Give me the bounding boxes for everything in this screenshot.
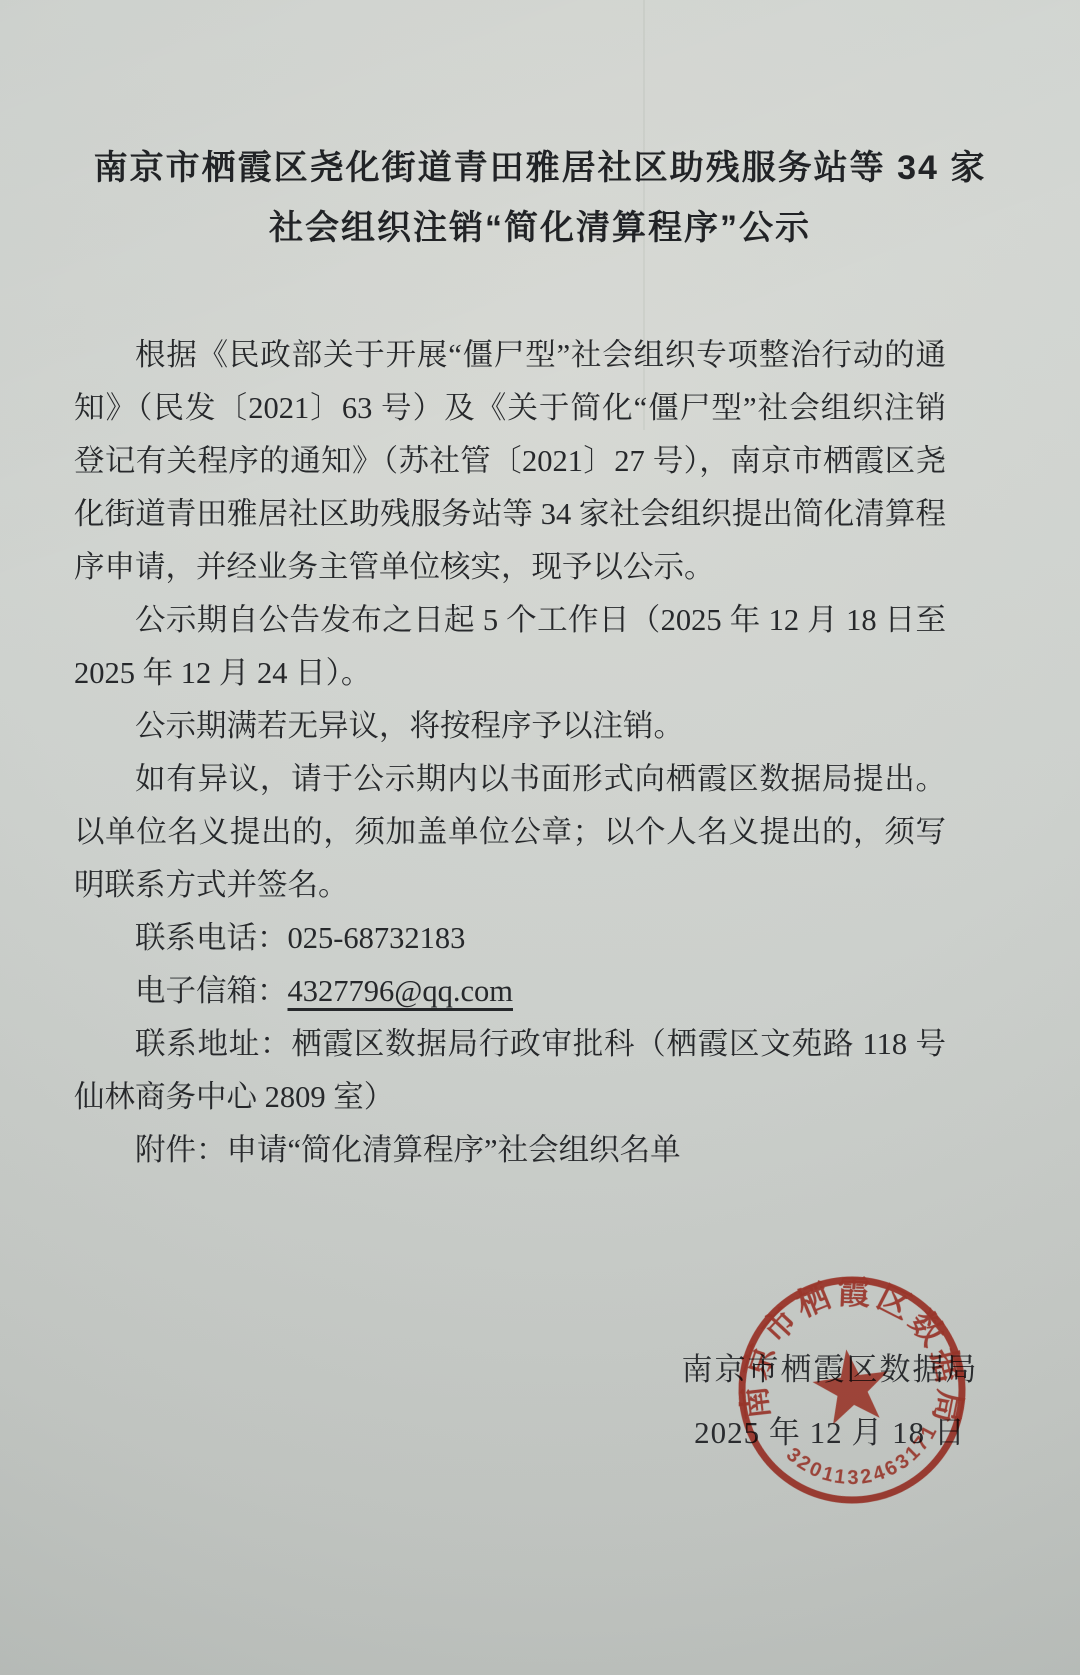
contact-phone-label: 联系电话： — [135, 921, 288, 955]
contact-address-line: 联系地址：栖霞区数据局行政审批科（栖霞区文苑路 118 号仙林商务中心 2809… — [74, 1018, 946, 1124]
photographed-paper: 南京市栖霞区尧化街道青田雅居社区助残服务站等 34 家 社会组织注销“简化清算程… — [0, 0, 1080, 1675]
contact-email-line: 电子信箱：4327796@qq.com — [74, 965, 946, 1018]
contact-phone-line: 联系电话：025-68732183 — [74, 912, 946, 965]
official-seal-stamp: 南京市栖霞区数据局 3201132463171 — [716, 1254, 987, 1525]
contact-email-label: 电子信箱： — [135, 974, 288, 1008]
document-body: 根据《民政部关于开展“僵尸型”社会组织专项整治行动的通知》（民发〔2021〕63… — [74, 329, 946, 1177]
title-line-2: 社会组织注销“简化清算程序”公示 — [70, 198, 1010, 258]
paragraph-publicity-period: 公示期自公告发布之日起 5 个工作日（2025 年 12 月 18 日至 202… — [74, 594, 946, 700]
contact-email-value: 4327796@qq.com — [288, 974, 513, 1008]
document-page: 南京市栖霞区尧化街道青田雅居社区助残服务站等 34 家 社会组织注销“简化清算程… — [0, 0, 1080, 1675]
paragraph-legal-basis: 根据《民政部关于开展“僵尸型”社会组织专项整治行动的通知》（民发〔2021〕63… — [74, 329, 946, 594]
attachment-line: 附件：申请“简化清算程序”社会组织名单 — [74, 1124, 946, 1177]
paragraph-objection-method: 如有异议，请于公示期内以书面形式向栖霞区数据局提出。以单位名义提出的，须加盖单位… — [74, 753, 946, 912]
contact-phone-value: 025-68732183 — [288, 921, 466, 955]
title-line-1: 南京市栖霞区尧化街道青田雅居社区助残服务站等 34 家 — [70, 138, 1010, 198]
document-title: 南京市栖霞区尧化街道青田雅居社区助残服务站等 34 家 社会组织注销“简化清算程… — [70, 138, 1010, 258]
paragraph-no-objection: 公示期满若无异议，将按程序予以注销。 — [74, 700, 946, 753]
star-icon — [809, 1344, 894, 1426]
